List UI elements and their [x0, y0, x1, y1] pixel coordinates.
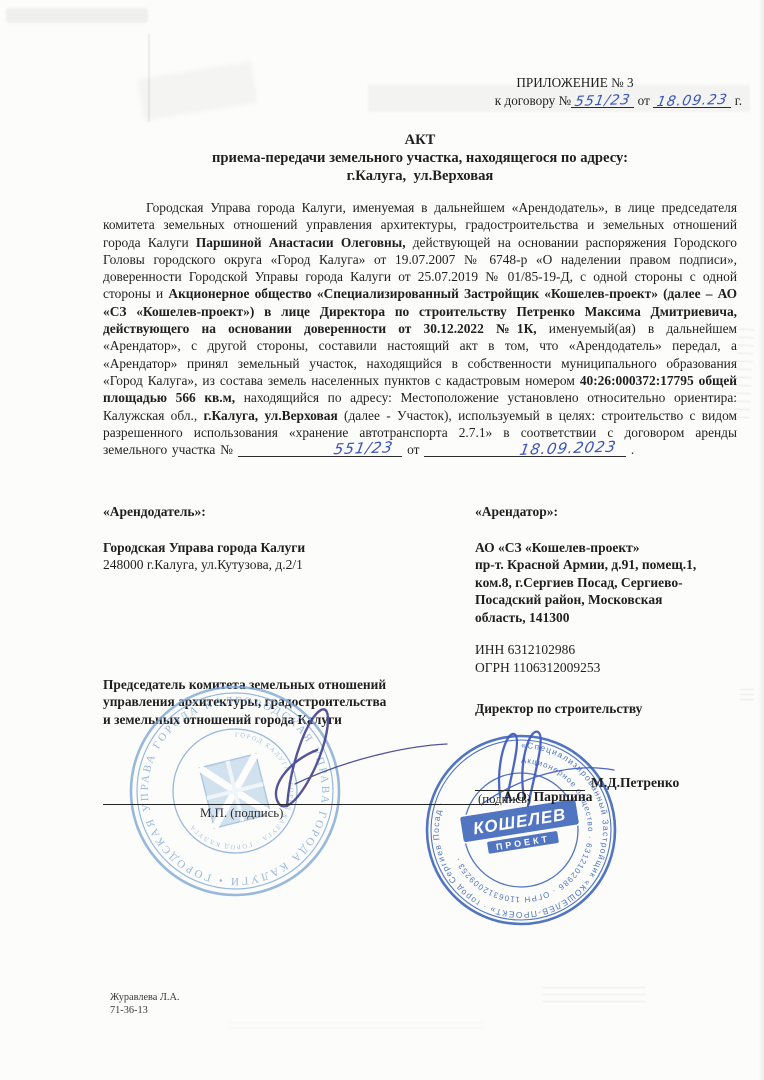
landlord-signature-line — [103, 790, 499, 805]
text-line: ком.8, г.Сергиев Посад, Сергиево- — [475, 574, 743, 592]
body-text-segment: от — [402, 442, 424, 457]
tenant-sign-note: (подпись) — [478, 792, 531, 807]
koshelev-logo-line2: ПРОЕКТ — [495, 834, 550, 852]
fill-in-blank: 551/23 — [238, 443, 403, 457]
scan-bleedthrough — [228, 1022, 483, 1034]
body-text-segment: . — [626, 442, 634, 457]
executor-name: Журавлева Л.А. — [110, 991, 179, 1004]
landlord-seal-note: М.П. (подпись) — [200, 806, 283, 821]
landlord-name: Городская Управа города Калуги — [103, 539, 443, 557]
contract-date-handwritten: 18.09.23 — [656, 94, 729, 108]
scan-bleedthrough — [542, 986, 646, 1008]
contract-number-blank: 551/23 — [571, 95, 634, 108]
text-line: пр-т. Красной Армии, д.91, помещ.1, — [475, 556, 743, 574]
title-subject: приема-передачи земельного участка, нахо… — [103, 149, 737, 167]
tenant-signatory-name: М.Д.Петренко — [591, 775, 679, 791]
tenant-signature-line — [475, 776, 585, 791]
landlord-position: Председатель комитета земельных отношени… — [103, 676, 475, 728]
contract-label: к договору № — [495, 93, 571, 108]
handwritten-value: 551/23 — [289, 441, 394, 457]
executor-phone: 71-36-13 — [110, 1004, 179, 1017]
appendix-label: ПРИЛОЖЕНИЕ № 3 — [442, 74, 742, 92]
document-header: ПРИЛОЖЕНИЕ № 3 к договору №551/23 от 18.… — [442, 74, 742, 110]
parties-section: «Арендодатель»: Городская Управа города … — [103, 503, 743, 676]
tenant-name: АО «СЗ «Кошелев-проект» — [475, 539, 743, 557]
tenant-heading: «Арендатор»: — [475, 503, 743, 521]
tenant-position: Директор по строительству — [475, 700, 642, 728]
tenant-address: пр-т. Красной Армии, д.91, помещ.1,ком.8… — [475, 556, 743, 626]
body-text-segment: Паршиной Анастасии Олеговны, — [196, 235, 406, 250]
handwritten-value: 18.09.2023 — [476, 441, 618, 458]
title-act: АКТ — [103, 131, 737, 149]
tenant-signature-row: М.Д.Петренко — [475, 775, 735, 791]
contract-number-handwritten: 551/23 — [574, 94, 632, 108]
tenant-block: «Арендатор»: АО «СЗ «Кошелев-проект» пр-… — [475, 503, 743, 676]
tenant-ids: ИНН 6312102986 ОГРН 1106312009253 — [475, 641, 743, 676]
landlord-heading: «Арендодатель»: — [103, 503, 443, 521]
landlord-block: «Арендодатель»: Городская Управа города … — [103, 503, 443, 676]
document-title: АКТ приема-передачи земельного участка, … — [103, 131, 737, 185]
text-line: область, 141300 — [475, 609, 743, 627]
scan-edge-shadow — [757, 0, 764, 1080]
contract-reference: к договору №551/23 от 18.09.23 г. — [442, 92, 742, 110]
koshelev-logo-line1: КОШЕЛЕВ — [472, 805, 568, 838]
scan-smudge — [137, 61, 257, 120]
date-label: от — [638, 93, 650, 108]
tenant-round-stamp: «Специализированный Застройщик «КОШЕЛЕВ-… — [422, 731, 620, 929]
year-suffix: г. — [735, 93, 742, 108]
document-footer: Журавлева Л.А. 71-36-13 — [110, 991, 179, 1017]
tenant-inn: ИНН 6312102986 — [475, 641, 743, 659]
right-stamp-outer-text: «Специализированный Застройщик «КОШЕЛЕВ-… — [431, 740, 611, 920]
act-body-paragraph: Городская Управа города Калуги, именуема… — [103, 199, 737, 458]
text-line: Председатель комитета земельных отношени… — [103, 676, 475, 693]
fill-in-blank: 18.09.2023 — [424, 443, 626, 457]
body-text-segment: г.Калуга, ул.Верховая — [204, 408, 338, 423]
tenant-ogrn: ОГРН 1106312009253 — [475, 659, 743, 677]
scan-smudge — [6, 8, 148, 23]
text-line: Посадский район, Московская — [475, 591, 743, 609]
landlord-address: 248000 г.Калуга, ул.Кутузова, д.2/1 — [103, 556, 443, 574]
signature-titles: Председатель комитета земельных отношени… — [103, 676, 743, 728]
koshelev-logo: КОШЕЛЕВ ПРОЕКТ — [459, 798, 582, 858]
svg-text:«Специализированный Застройщик: «Специализированный Застройщик «КОШЕЛЕВ-… — [431, 740, 611, 920]
title-address: г.Калуга, ул.Верховая — [103, 167, 737, 185]
scan-fold-line — [148, 34, 150, 122]
text-line: управления архитектуры, градостроительст… — [103, 693, 475, 710]
contract-date-blank: 18.09.23 — [653, 95, 731, 108]
text-line: и земельных отношений города Калуги — [103, 711, 475, 728]
